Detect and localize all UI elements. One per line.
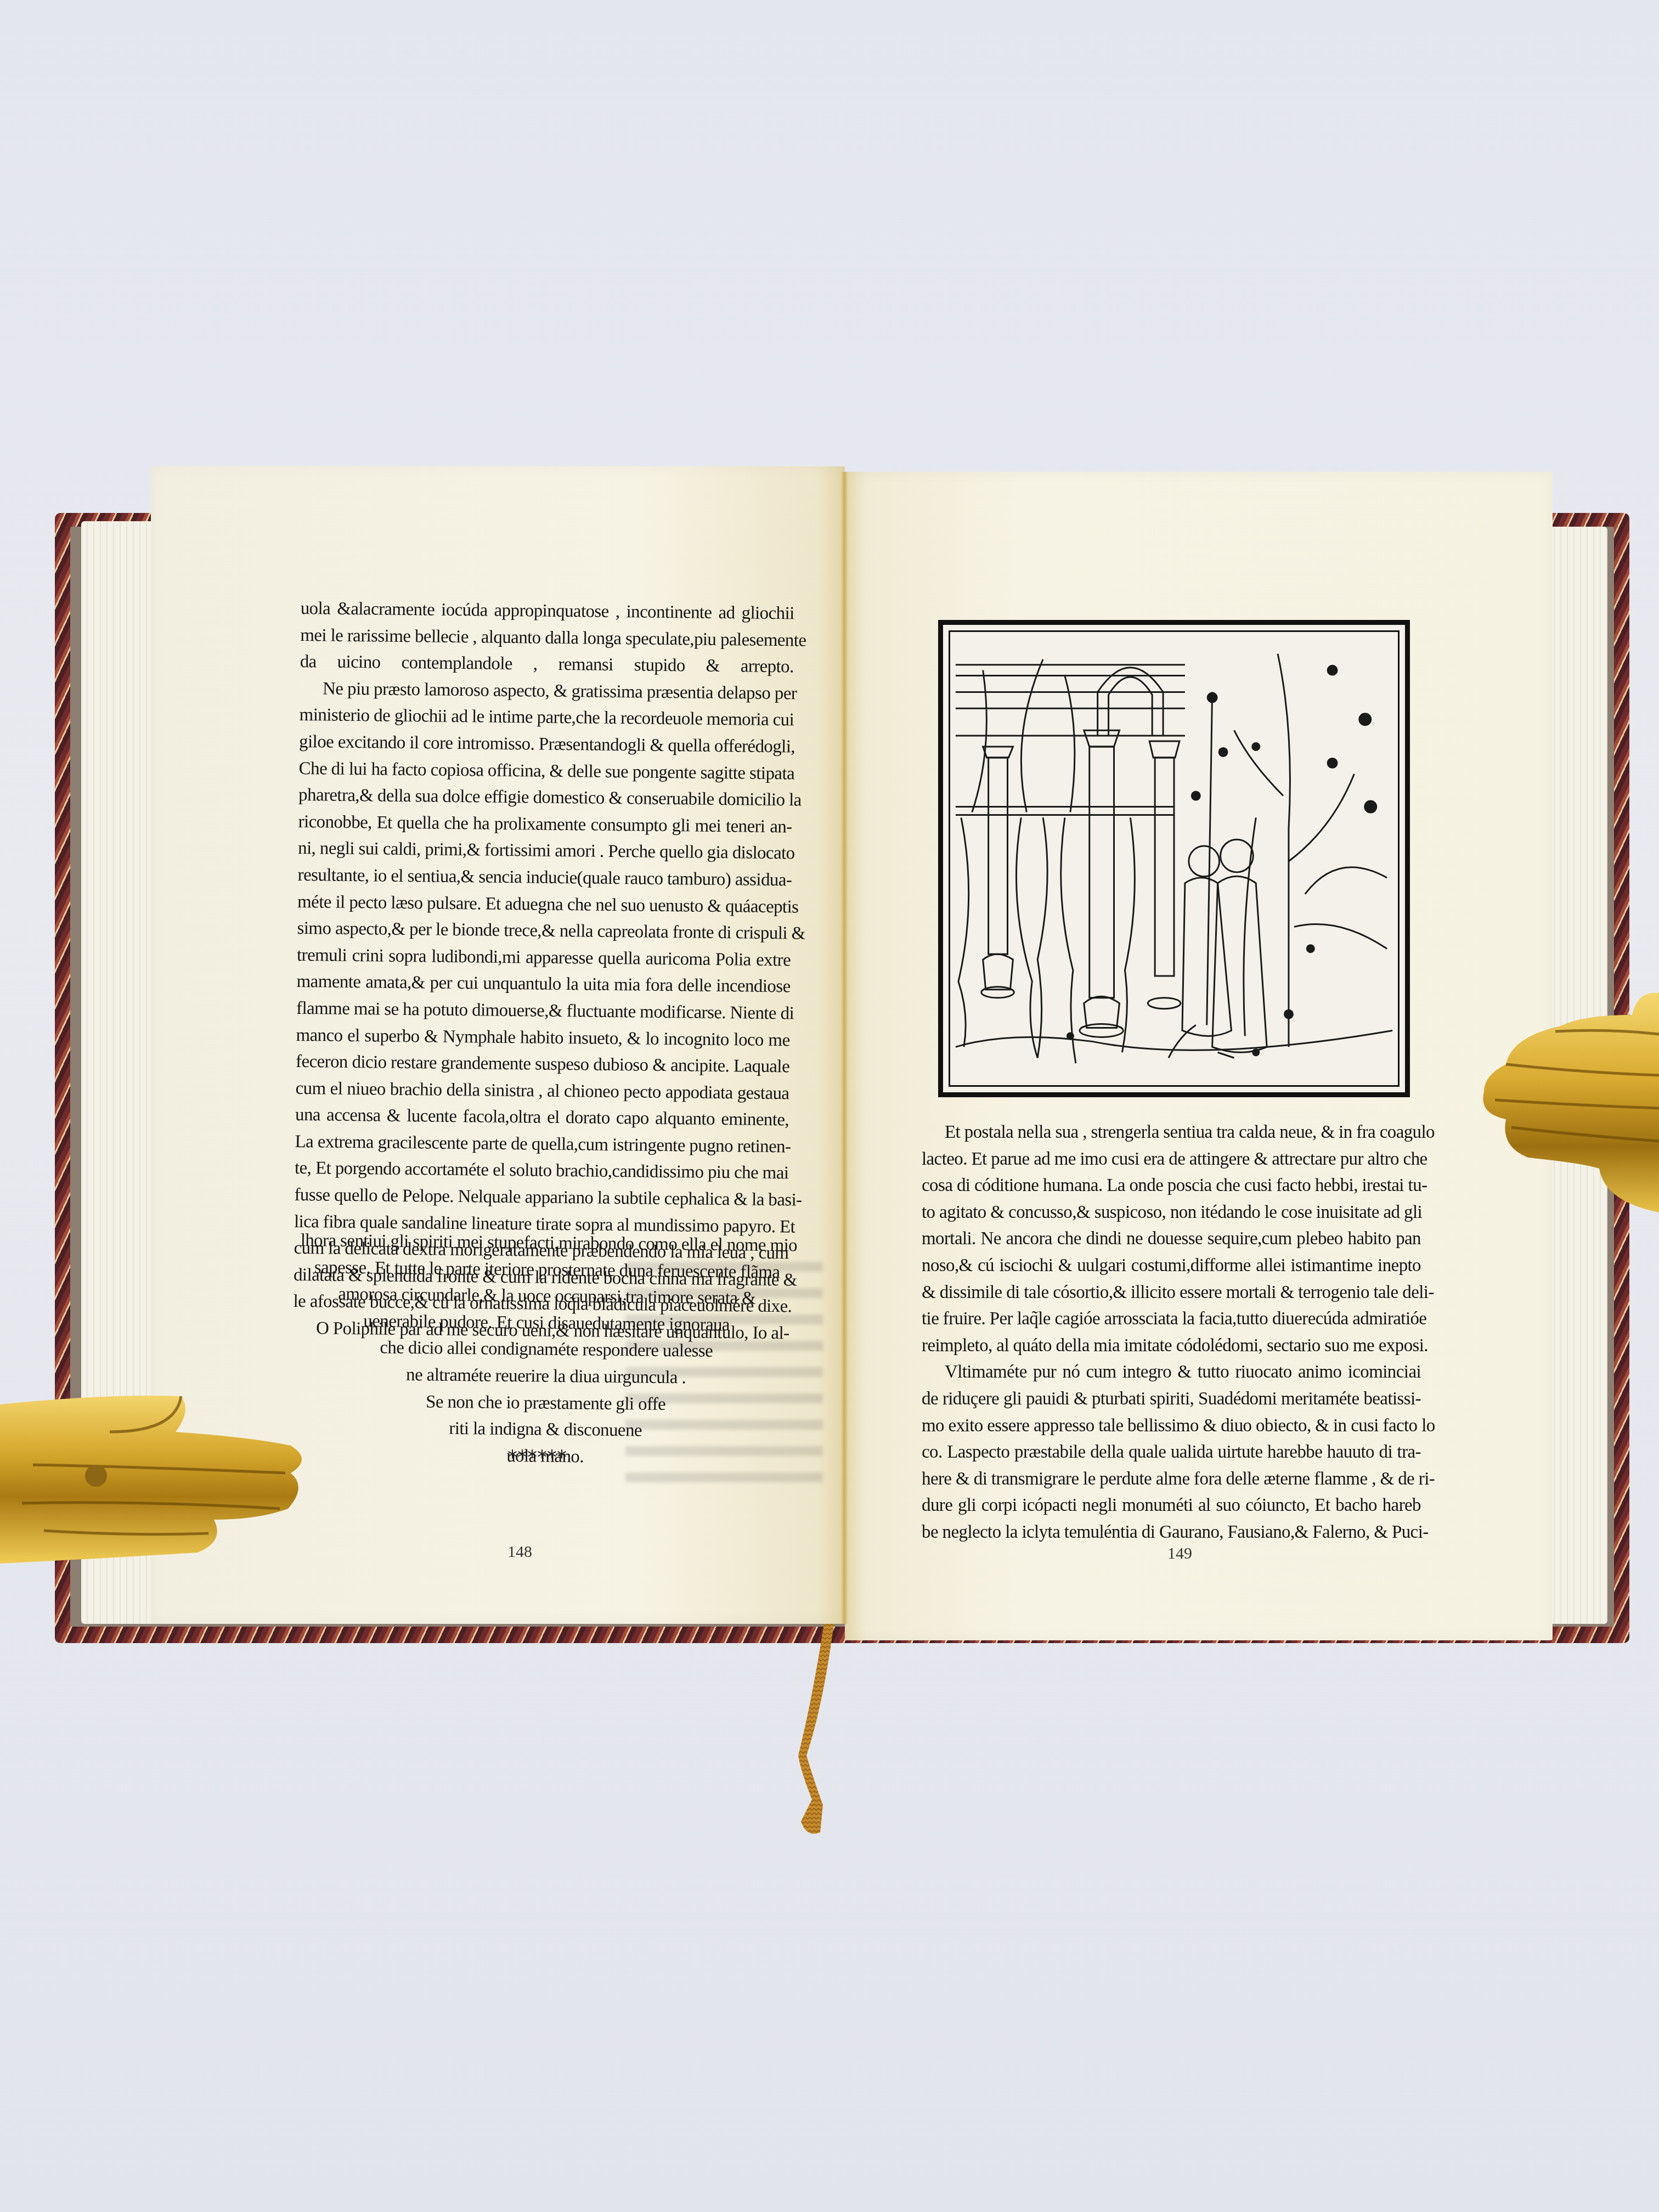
text-line: uola &alacramente iocúda appropinquatose… <box>300 595 794 627</box>
text-line: tie fruire. Per laq̃le cagióe arrossciat… <box>922 1306 1421 1333</box>
text-line: cosa di códitione humana. La onde poscia… <box>922 1172 1421 1199</box>
text-line: be neglecto la iclyta temuléntia di Gaur… <box>922 1519 1421 1546</box>
text-line: *** <box>507 1446 537 1469</box>
woodcut-garden-scene-icon <box>950 632 1398 1085</box>
text-line: fusse quello de Pelope. Nelquale apparia… <box>294 1182 788 1214</box>
page-number-right: 149 <box>1167 1544 1192 1563</box>
text-line: de riduçere gli pauidi & pturbati spirit… <box>922 1386 1421 1413</box>
text-line: & dissimile di tale cósortio,& illicito … <box>922 1279 1421 1306</box>
brass-hand-left-icon <box>0 1355 318 1575</box>
text-line: ** <box>537 1446 557 1469</box>
text-line: to agitato & concusso,& suspicoso, non i… <box>922 1199 1421 1226</box>
text-line: resultante, io el sentiua,& sencia induc… <box>297 862 791 894</box>
text-line: lhora sentiui gli spiriti mei stupefacti… <box>300 1227 794 1259</box>
page-number-left: 148 <box>507 1543 532 1561</box>
bookmark-ribbon-icon <box>790 1624 856 1854</box>
text-line: reimpleto, al quáto della mia imitate có… <box>922 1333 1421 1359</box>
book-gutter <box>840 472 848 1624</box>
text-line: giloe excitando il core intromisso. Præs… <box>299 729 793 760</box>
text-line: co. Laspecto præstabile della quale uali… <box>922 1439 1421 1466</box>
woodcut-illustration <box>938 620 1410 1097</box>
left-page-tapered-text: lhora sentiui gli spiriti mei stupefacti… <box>298 1227 794 1472</box>
text-line: flamme mai se ha potuto dimouerse,& fluc… <box>296 995 790 1027</box>
brass-hand-right-icon <box>1473 982 1659 1223</box>
text-line: noso,& cú isciochi & uulgari costumi,dif… <box>922 1252 1421 1279</box>
text-line: Vltimaméte pur nó cum integro & tutto ri… <box>922 1359 1421 1386</box>
text-line: Et postala nella sua , strengerla sentiu… <box>922 1119 1421 1146</box>
text-line: mortali. Ne ancora che dindi ne douesse … <box>922 1226 1421 1252</box>
text-line: here & di transmigrare le perdute alme f… <box>922 1466 1421 1493</box>
book-photo-scene: uola &alacramente iocúda appropinquatose… <box>0 0 1659 2212</box>
end-ornament: ****** <box>507 1448 540 1467</box>
right-page-body: Et postala nella sua , strengerla sentiu… <box>922 1119 1421 1546</box>
text-line: mo exito essere appresso tale bellissimo… <box>922 1413 1421 1440</box>
text-line: dure gli corpi icópacti negli monuméti a… <box>922 1492 1421 1519</box>
text-line: lacteo. Et parue ad me imo cusi era de a… <box>922 1146 1421 1173</box>
text-line: uenerabile pudore. Et cusi disauedutamen… <box>300 1307 793 1339</box>
text-line: * <box>557 1446 567 1469</box>
